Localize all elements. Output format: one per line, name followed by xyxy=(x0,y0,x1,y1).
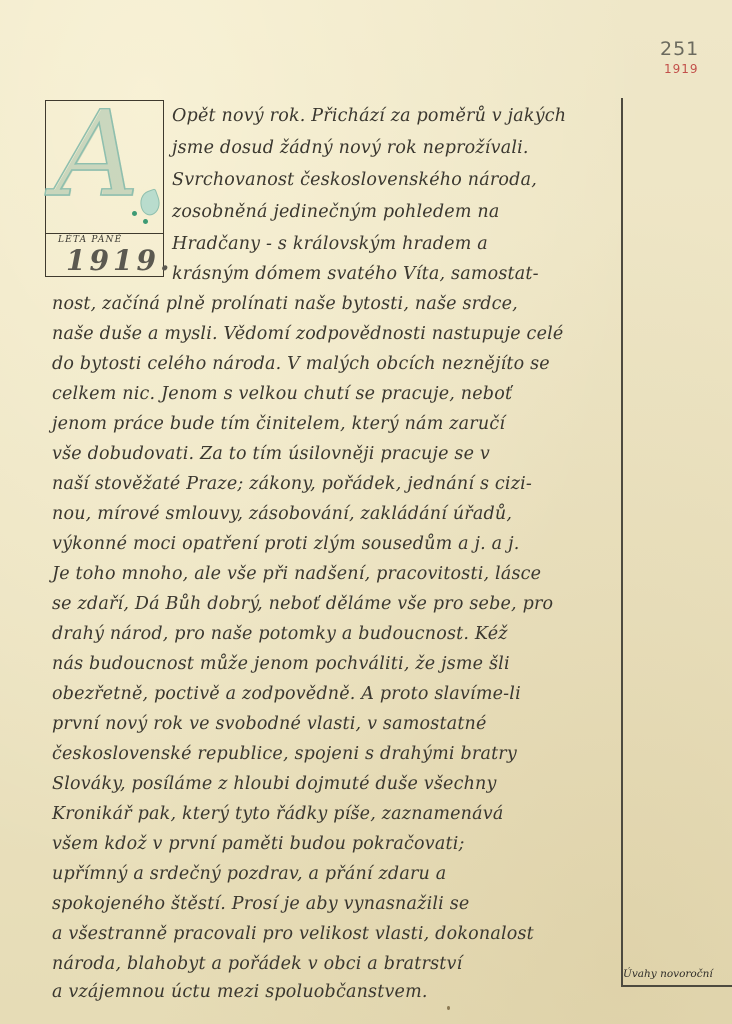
text-line: do bytosti celého národa. V malých obcíc… xyxy=(52,354,550,374)
text-line: celkem nic. Jenom s velkou chutí se prac… xyxy=(52,384,512,404)
text-line: československé republice, spojeni s drah… xyxy=(52,744,517,764)
text-line: obezřetně, poctivě a zodpovědně. A proto… xyxy=(52,684,521,704)
text-line: upřímný a srdečný pozdrav, a přání zdaru… xyxy=(52,864,446,884)
text-line: výkonné moci opatření proti zlým sousedů… xyxy=(52,534,519,554)
text-line: Svrchovanost československého národa, xyxy=(172,170,537,190)
paper-speck xyxy=(447,1006,450,1010)
text-line: vše dobudovati. Za to tím úsilovněji pra… xyxy=(52,444,490,464)
margin-rule xyxy=(621,98,623,986)
text-line: a vzájemnou úctu mezi spoluobčanstvem. xyxy=(52,982,428,1002)
text-line: první nový rok ve svobodné vlasti, v sam… xyxy=(52,714,487,734)
text-line: jenom práce bude tím činitelem, který ná… xyxy=(52,414,505,434)
year-number: 1919. xyxy=(66,244,174,277)
text-line: spokojeného štěstí. Prosí je aby vynasna… xyxy=(52,894,469,914)
dot-ornament-icon xyxy=(143,219,148,224)
text-line: všem kdož v první paměti budou pokračova… xyxy=(52,834,465,854)
text-line: naší stověžaté Praze; zákony, pořádek, j… xyxy=(52,474,532,494)
text-line: nost, začíná plně prolínati naše bytosti… xyxy=(52,294,518,314)
text-line: zosobněná jedinečným pohledem na xyxy=(172,202,499,222)
page-number: 251 xyxy=(660,38,699,60)
page-year-stamp: 1919 xyxy=(664,62,699,76)
text-line: naše duše a mysli. Vědomí zodpovědnosti … xyxy=(52,324,563,344)
initial-letter-cell: A xyxy=(46,101,163,234)
chronicle-page: 251 1919 A LÉTA PÁNĚ 1919. Úvahy novoroč… xyxy=(0,0,732,1024)
text-line: Hradčany - s královským hradem a xyxy=(172,234,488,254)
text-line: nás budoucnost může jenom pochváliti, že… xyxy=(52,654,510,674)
margin-note-underline xyxy=(621,985,732,987)
margin-note: Úvahy novoroční xyxy=(623,968,713,980)
text-line: se zdaří, Dá Bůh dobrý, neboť děláme vše… xyxy=(52,594,553,614)
text-line: drahý národ, pro naše potomky a budoucno… xyxy=(52,624,508,644)
decorative-initial-box: A LÉTA PÁNĚ 1919. xyxy=(45,100,164,277)
text-line: Kronikář pak, který tyto řádky píše, zaz… xyxy=(52,804,504,824)
text-line: Slováky, posíláme z hloubi dojmuté duše … xyxy=(52,774,497,794)
leaf-ornament-icon xyxy=(136,188,163,217)
text-line: jsme dosud žádný nový rok neprožívali. xyxy=(172,138,529,158)
decorative-initial-letter: A xyxy=(54,95,139,213)
text-line: krásným dómem svatého Víta, samostat- xyxy=(172,264,539,284)
text-line: a všestranně pracovali pro velikost vlas… xyxy=(52,924,534,944)
text-line: nou, mírové smlouvy, zásobování, zakládá… xyxy=(52,504,512,524)
text-line: Opět nový rok. Přichází za poměrů v jaký… xyxy=(172,106,566,126)
dot-ornament-icon xyxy=(132,211,137,216)
text-line: národa, blahobyt a pořádek v obci a brat… xyxy=(52,954,462,974)
text-line: Je toho mnoho, ale vše při nadšení, prac… xyxy=(52,564,541,584)
